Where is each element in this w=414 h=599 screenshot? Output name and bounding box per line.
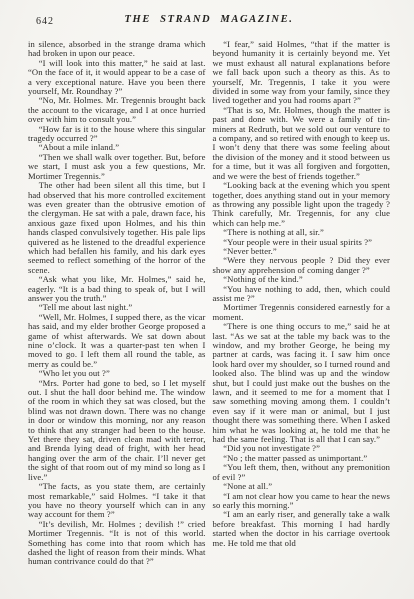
paragraph: “Then we shall walk over together. But, … bbox=[28, 153, 206, 181]
text-column-2: “I fear,” said Holmes, “that if the matt… bbox=[213, 40, 391, 567]
text-column-1: in silence, absorbed in the strange dram… bbox=[28, 40, 206, 567]
paragraph: “You left them, then, without any premon… bbox=[213, 463, 391, 482]
page-header: 642 THE STRAND MAGAZINE. bbox=[0, 14, 414, 32]
paragraph: “It’s devilish, Mr. Holmes ; devilish !”… bbox=[28, 520, 206, 567]
paragraph: “I am an early riser, and generally take… bbox=[213, 510, 391, 548]
paragraph: “I am not clear how you came to hear the… bbox=[213, 492, 391, 511]
paragraph: “I will look into this matter,” he said … bbox=[28, 59, 206, 97]
paragraph: “Were they nervous people ? Did they eve… bbox=[213, 256, 391, 275]
paragraph: Mortimer Tregennis considered earnestly … bbox=[213, 303, 391, 322]
paragraph: “Ask what you like, Mr. Holmes,” said he… bbox=[28, 275, 206, 303]
paragraph: “How far is it to the house where this s… bbox=[28, 125, 206, 144]
paragraph: “No, Mr. Holmes. Mr. Tregennis brought b… bbox=[28, 96, 206, 124]
paragraph: “Mrs. Porter had gone to bed, so I let m… bbox=[28, 379, 206, 482]
paragraph: “The facts, as you state them, are certa… bbox=[28, 482, 206, 520]
paragraph: “Looking back at the evening which you s… bbox=[213, 181, 391, 228]
paragraph: “That is so, Mr. Holmes, though the matt… bbox=[213, 106, 391, 181]
magazine-title: THE STRAND MAGAZINE. bbox=[28, 14, 390, 25]
paragraph: The other had been silent all this time,… bbox=[28, 181, 206, 275]
paragraph: “I fear,” said Holmes, “that if the matt… bbox=[213, 40, 391, 106]
paragraph: “Well, Mr. Holmes, I supped there, as th… bbox=[28, 313, 206, 369]
paragraph: “You have nothing to add, then, which co… bbox=[213, 285, 391, 304]
paragraph: “There is one thing occurs to me,” said … bbox=[213, 322, 391, 444]
paragraph: in silence, absorbed in the strange dram… bbox=[28, 40, 206, 59]
text-columns: in silence, absorbed in the strange dram… bbox=[0, 32, 414, 567]
magazine-page: 642 THE STRAND MAGAZINE. in silence, abs… bbox=[0, 0, 414, 599]
